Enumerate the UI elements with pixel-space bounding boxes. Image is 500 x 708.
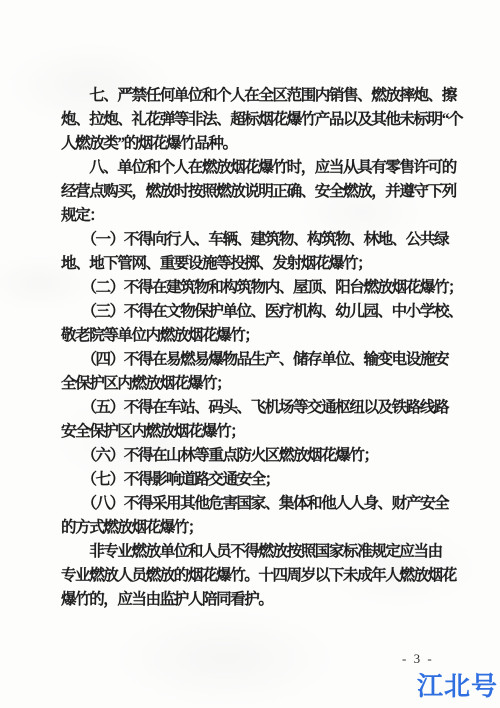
document-text-line: 经营点购买，燃放时按照燃放说明正确、安全燃放，并遵守下列 [61,180,453,204]
document-text-line: 非专业燃放单位和人员不得燃放按照国家标准规定应当由 [61,540,453,564]
document-text-line: （八）不得采用其他危害国家、集体和他人人身、财产安全 [61,492,453,516]
document-text-line: （五）不得在车站、码头、飞机场等交通枢纽以及铁路线路 [61,396,453,420]
document-text-line: （四）不得在易燃易爆物品生产、储存单位、输变电设施安 [61,348,453,372]
document-text-line: （二）不得在建筑物和构筑物内、屋顶、阳台燃放烟花爆竹； [61,276,453,300]
document-text-line: 专业燃放人员燃放的烟花爆竹。十四周岁以下未成年人燃放烟花 [61,564,453,588]
document-text-line: 人燃放类”的烟花爆竹品种。 [61,132,453,156]
document-text-line: 规定： [61,204,453,228]
document-text-line: 的方式燃放烟花爆竹； [61,516,453,540]
document-text-line: 炮、拉炮、礼花弹等非法、超标烟花爆竹产品以及其他未标明“个 [61,108,453,132]
page-number: - 3 - [402,651,434,667]
document-text-line: 全保护区内燃放烟花爆竹； [61,372,453,396]
document-text-line: 爆竹的，应当由监护人陪同看护。 [61,588,453,612]
document-text-line: 七、严禁任何单位和个人在全区范围内销售、燃放摔炮、擦 [61,84,453,108]
document-text-line: （三）不得在文物保护单位、医疗机构、幼儿园、中小学校、 [61,300,453,324]
scanned-document-page: 七、严禁任何单位和个人在全区范围内销售、燃放摔炮、擦炮、拉炮、礼花弹等非法、超标… [0,0,500,708]
document-text-line: 安全保护区内燃放烟花爆竹； [61,420,453,444]
document-body-text: 七、严禁任何单位和个人在全区范围内销售、燃放摔炮、擦炮、拉炮、礼花弹等非法、超标… [61,84,453,612]
document-text-line: （七）不得影响道路交通安全； [61,468,453,492]
document-text-line: 地、地下管网、重要设施等投掷、发射烟花爆竹； [61,252,453,276]
document-text-line: （六）不得在山林等重点防火区燃放烟花爆竹； [61,444,453,468]
document-text-line: （一）不得向行人、车辆、建筑物、构筑物、林地、公共绿 [61,228,453,252]
document-text-line: 敬老院等单位内燃放烟花爆竹； [61,324,453,348]
watermark-label: 江北号 [417,671,498,701]
document-text-line: 八、单位和个人在燃放烟花爆竹时，应当从具有零售许可的 [61,156,453,180]
